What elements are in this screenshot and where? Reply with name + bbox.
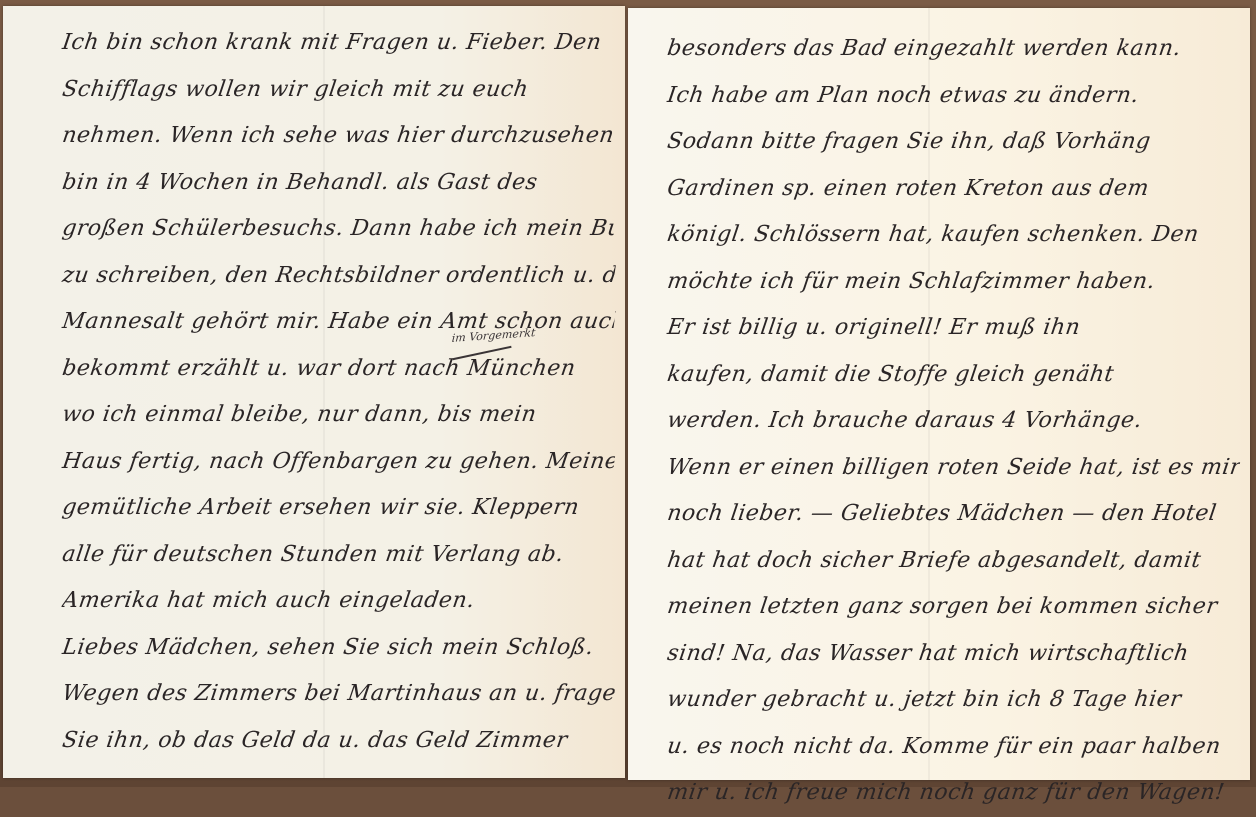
handwritten-line: Sie ihn, ob das Geld da u. das Geld Zimm… xyxy=(59,718,618,765)
letter-page-left: Ich bin schon krank mit Fragen u. Fieber… xyxy=(3,6,625,778)
handwritten-line: Schifflags wollen wir gleich mit zu euch xyxy=(59,67,618,114)
handwritten-line: hat hat doch sicher Briefe abgesandelt, … xyxy=(664,538,1243,585)
handwritten-line: bekommt erzählt u. war dort nach München xyxy=(59,346,618,393)
letter-page-right: besonders das Bad eingezahlt werden kann… xyxy=(628,8,1250,780)
handwritten-line: mir u. ich freue mich noch ganz für den … xyxy=(664,770,1243,787)
handwritten-line: gemütliche Arbeit ersehen wir sie. Klepp… xyxy=(59,485,618,532)
handwritten-line: nehmen. Wenn ich sehe was hier durchzuse… xyxy=(59,113,618,160)
handwritten-line: königl. Schlössern hat, kaufen schenken.… xyxy=(664,212,1243,259)
handwritten-line: Gardinen sp. einen roten Kreton aus dem xyxy=(664,166,1243,213)
handwritten-line: Liebes Mädchen, sehen Sie sich mein Schl… xyxy=(59,625,618,672)
handwritten-line: Ich habe am Plan noch etwas zu ändern. xyxy=(664,73,1243,120)
handwritten-line: wunder gebracht u. jetzt bin ich 8 Tage … xyxy=(664,677,1243,724)
handwritten-line: u. es noch nicht da. Komme für ein paar … xyxy=(664,724,1243,771)
handwritten-line: möchte ich für mein Schlafzimmer haben. xyxy=(664,259,1243,306)
handwritten-line: großen Schülerbesuchs. Dann habe ich mei… xyxy=(59,206,618,253)
handwritten-line: sind! Na, das Wasser hat mich wirtschaft… xyxy=(664,631,1243,678)
handwritten-line: alle für deutschen Stunden mit Verlang a… xyxy=(59,532,618,579)
handwritten-line: noch lieber. — Geliebtes Mädchen — den H… xyxy=(664,491,1243,538)
handwritten-line: besonders das Bad eingezahlt werden kann… xyxy=(664,26,1243,73)
handwritten-lines-right: besonders das Bad eingezahlt werden kann… xyxy=(664,26,1236,787)
handwritten-line: bin in 4 Wochen in Behandl. als Gast des xyxy=(59,160,618,207)
handwritten-line: zu schreiben, den Rechtsbildner ordentli… xyxy=(59,253,618,300)
handwritten-line: wo ich einmal bleibe, nur dann, bis mein xyxy=(59,392,618,439)
handwritten-line: werden. Ich brauche daraus 4 Vorhänge. xyxy=(664,398,1243,445)
handwritten-line: Sodann bitte fragen Sie ihn, daß Vorhäng xyxy=(664,119,1243,166)
handwritten-line: Wenn er einen billigen roten Seide hat, … xyxy=(664,445,1243,492)
handwritten-line: Amerika hat mich auch eingeladen. xyxy=(59,578,618,625)
handwritten-line: Ich bin schon krank mit Fragen u. Fieber… xyxy=(59,20,618,67)
handwritten-line: Wegen des Zimmers bei Martinhaus an u. f… xyxy=(59,671,618,718)
handwritten-lines-left: Ich bin schon krank mit Fragen u. Fieber… xyxy=(59,20,611,764)
handwritten-line: Haus fertig, nach Offenbargen zu gehen. … xyxy=(59,439,618,486)
handwritten-line: Er ist billig u. originell! Er muß ihn xyxy=(664,305,1243,352)
handwritten-line: kaufen, damit die Stoffe gleich genäht xyxy=(664,352,1243,399)
handwritten-line: meinen letzten ganz sorgen bei kommen si… xyxy=(664,584,1243,631)
